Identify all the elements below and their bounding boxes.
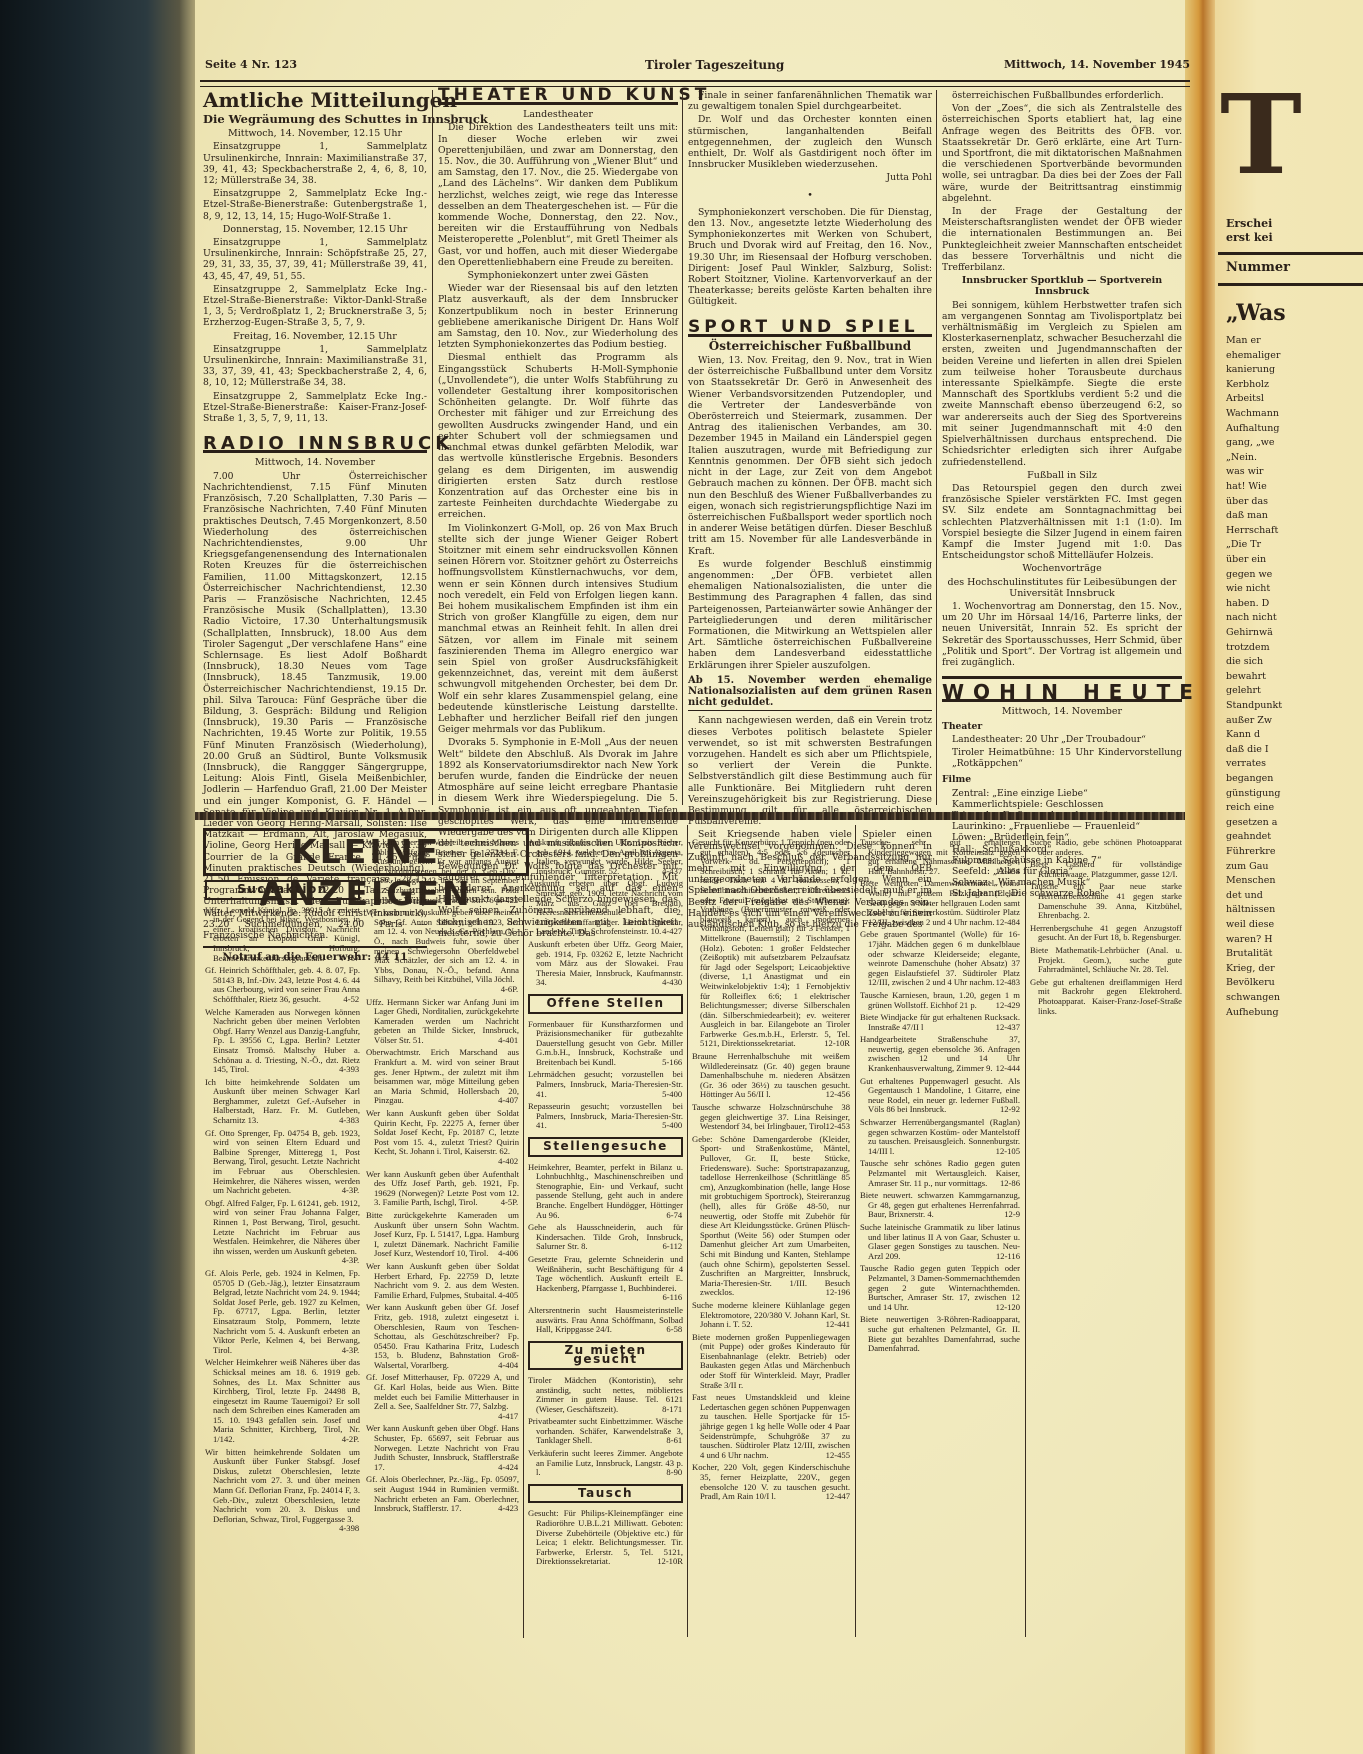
konzert-verschoben: Symphoniekonzert verschoben. Die für Die… [688, 207, 932, 308]
konzert-subhead: Symphoniekonzert unter zwei Gästen [438, 270, 678, 281]
adjacent-line: nach nicht [1226, 612, 1277, 624]
classified-ad: Biete neuwertigen 3-Röhren-Radioapparat,… [860, 1315, 1020, 1353]
ad-text: Tiroler Mädchen (Kontoristin), sehr anst… [528, 1375, 683, 1414]
ad-text: Obgf. Alfred Falger, Fp. L 61241, geb. 1… [205, 1198, 360, 1256]
ad-text: Fast neues Umstandskleid und kleine Lede… [692, 1392, 850, 1460]
ad-text: Welcher Heimkehrer weiß Näheres über das… [205, 1357, 360, 1444]
ad-code: 6-74 [674, 1211, 683, 1221]
offene-stellen-label: Offene Stellen [528, 994, 683, 1014]
ad-code: 12-456 [834, 1090, 850, 1100]
issue-date: Mittwoch, 14. November 1945 [1004, 58, 1190, 71]
adjacent-line: „Die Tr [1226, 539, 1261, 551]
classified-ad: Welche Kameraden aus Norwegen können Nac… [205, 1008, 360, 1075]
review-paragraph: Im Violinkonzert G-Moll, op. 26 von Max … [438, 523, 678, 736]
ad-code: 12-453 [834, 1122, 850, 1132]
classified-ad: Fast neues Umstandskleid und kleine Lede… [692, 1393, 850, 1460]
ad-text: Welche Kameraden aus Norwegen können Nac… [205, 1007, 360, 1075]
ad-text: Altersrentnerin sucht Hausmeisterinstell… [528, 1305, 683, 1334]
ad-text: Herrenbergschuhe 41 gegen Anzugstoff ges… [1030, 923, 1182, 943]
schedule-group: Einsatzgruppe 1, Sammelplatz Ursulinenki… [203, 344, 427, 389]
ad-text: Uffz. Leopold Künigl, Fp. 39915 A, zulet… [205, 905, 360, 963]
review-paragraph: Dr. Wolf und das Orchester konnten einen… [688, 114, 932, 170]
classified-ad: Biete modernen großen Puppenliegewagen (… [692, 1333, 850, 1391]
ad-text: Gut erhaltenes Puppenwagerl gesucht. Als… [860, 1076, 1020, 1115]
adjacent-line: hat! Wie [1226, 481, 1267, 493]
adjacent-line: gesetzen a [1226, 817, 1277, 829]
ad-text: Biete modernen großen Puppenliegewagen (… [692, 1332, 850, 1390]
adjacent-line: gegen we [1226, 569, 1272, 581]
classified-ad: Wer kann Auskunft geben über Aufenthalt … [366, 1170, 519, 1208]
ad-code: 12-447 [834, 1492, 850, 1502]
silz-subhead: Fußball in Silz [942, 470, 1182, 481]
classified-ad: Privatbeamter sucht Einbettzimmer. Wäsch… [528, 1417, 683, 1446]
stellengesuche-label: Stellengesuche [528, 1137, 683, 1157]
adjacent-headline: „Was [1226, 300, 1286, 326]
ad-code: 4-52 [351, 995, 360, 1005]
adjacent-line: Arbeitsl [1226, 393, 1264, 405]
classified-ad: Tausche Radio gegen guten Teppich oder P… [860, 1264, 1020, 1312]
schedule-day: Donnerstag, 15. November, 12.15 Uhr [203, 224, 427, 235]
ad-code: 5-400 [670, 1090, 683, 1100]
classified-ad: Formenbauer für Kunstharzformen und Präz… [528, 1020, 683, 1068]
isk-subhead: Innsbrucker Sportklub — Sportverein Inns… [942, 275, 1182, 297]
ad-code: 4-404 [506, 1361, 519, 1371]
ad-text: Gebe: Schöne Damengarderobe (Kleider, Sp… [692, 1134, 850, 1298]
classified-ad: Biete weinroten Damenwintermantel (reine… [860, 879, 1020, 927]
adjacent-rule [1218, 283, 1363, 286]
review-paragraph: Finale in seiner fanfarenähnlichen Thema… [688, 90, 932, 112]
amtliche-title: Amtliche Mitteilungen [203, 88, 427, 112]
ad-code: 4-2P. [350, 1435, 360, 1445]
ad-code: 5-400 [670, 1121, 683, 1131]
ad-text: Tausche schwarze Holzschnürschuhe 38 geg… [692, 1102, 850, 1131]
adjacent-line: über das [1226, 496, 1268, 508]
ad-text: Gesucht für Konzerbüro: 1 Teppich (neu o… [692, 837, 850, 1048]
adjacent-line: über ein [1226, 554, 1266, 566]
ad-code: 12-105 [1004, 1147, 1020, 1157]
separator-dot: • [688, 190, 932, 201]
sport-bold-line: Ab 15. November werden ehemalige Nationa… [688, 675, 932, 712]
sport-headline: Österreichischer Fußballbund [688, 341, 932, 352]
classified-ad: Wer kann Auskunft geben über Soldat Herb… [366, 1262, 519, 1300]
adjacent-page-masthead-letter: T [1220, 70, 1302, 199]
classified-ad: Kocher, 220 Volt, gegen Kinderschischuhe… [692, 1463, 850, 1501]
column-divider [855, 825, 856, 1637]
ad-text: Auskunft erbeten über Uffz. Georg Maier,… [528, 939, 683, 987]
ad-text: Lehrmädchen gesucht; vorzustellen bei Pa… [528, 1069, 683, 1098]
classified-ad: Gf. Alois Oberlechner, Pz.-Jäg., Fp. 050… [366, 1475, 519, 1513]
ad-text: Heimkehrer, Beamter, perfekt in Bilanz u… [528, 1162, 683, 1220]
wohin-theater-label: Theater [942, 721, 1182, 732]
ad-code: 12-10R [832, 1039, 850, 1049]
sport-right-section: österreichischen Fußballbundes erforderl… [942, 90, 1182, 900]
classified-ad: Tausche ein Paar neue starke Herrenarbei… [1030, 882, 1182, 920]
ad-code: 6-116 [670, 1293, 683, 1303]
adjacent-line: gelehrt [1226, 685, 1261, 697]
ad-code: 4-3P. [350, 1346, 360, 1356]
classified-ad: Wer kann Auskunft geben über Obgf. Hans … [366, 1424, 519, 1472]
article-paragraph: Von der „Zoes“, die sich als Zentralstel… [942, 103, 1182, 204]
silz-text: Das Retourspiel gegen den durch zwei fra… [942, 483, 1182, 561]
classified-ad: Gebe gut erhaltenen dreiflammigen Herd m… [1030, 978, 1182, 1016]
classified-ad: Biete Windjacke für gut erhaltenen Rucks… [860, 1013, 1020, 1032]
landestheater-text: Die Direktion des Landestheaters teilt u… [438, 122, 678, 268]
wohin-film-item: Kammerlichtspiele: Geschlossen [942, 799, 1182, 810]
sport-title: SPORT UND SPIEL [688, 322, 932, 337]
classified-ad: Gf. Alois Perle, geb. 1924 in Kelmen, Fp… [205, 1269, 360, 1355]
ad-text: Ich bitte heimkehrende Soldaten um Ausku… [205, 1077, 360, 1125]
classified-ad: Biete neuwert. schwarzen Kammgarnanzug, … [860, 1191, 1020, 1220]
article-paragraph: österreichischen Fußballbundes erforderl… [942, 90, 1182, 101]
ad-text: Gf. Alois Oberlechner, Pz.-Jäg., Fp. 050… [366, 1474, 519, 1513]
ad-code: 12-441 [834, 1320, 850, 1330]
ad-code: 6-112 [670, 1242, 683, 1252]
ad-text: Wer kann Auskunft geben über Soldat Quir… [366, 1108, 519, 1156]
classified-ad: Gesucht: Für Philips-Kleinempfänger eine… [528, 1509, 683, 1567]
ad-text: Wer kann Auskunft geben über Gf. Josef F… [366, 1302, 519, 1370]
ads-column-3: Auskunft erbeten über Uffz. Luis Seeber,… [528, 838, 683, 1570]
adjacent-line: geahndet [1226, 831, 1271, 843]
ad-code: 12-437 [1004, 1023, 1020, 1033]
ad-text: Gf. Josef Mitterhauser, Fp. 07229 A, und… [366, 1372, 519, 1411]
classified-ad: Auskunft erbeten über Uffz. Georg Maier,… [528, 940, 683, 988]
page-fold-shadow [1185, 0, 1215, 1754]
classified-ad: Tausche sehr gut erhaltenen Kinderliegew… [860, 838, 1020, 876]
ad-code: 4-6P. [509, 985, 519, 995]
ad-code: 4-422 [506, 896, 519, 906]
adjacent-line: waren? H [1226, 934, 1272, 946]
adjacent-line: reich eine [1226, 802, 1274, 814]
ad-code: 4-167 [347, 954, 360, 964]
adjacent-line: haben. D [1226, 598, 1269, 610]
wohin-film-item: Zentral: „Eine einzige Liebe“ [942, 788, 1182, 799]
column-divider [682, 90, 683, 805]
column-divider [936, 90, 937, 805]
classified-ad: Welcher Heimkehrer weiß Näheres über das… [205, 1358, 360, 1444]
ad-text: Gf. Alois Perle, geb. 1924 in Kelmen, Fp… [205, 1268, 360, 1355]
ad-text: Tausche ein Paar neue starke Herrenarbei… [1030, 881, 1182, 920]
ad-text: Suche Radio, gebe schönen Photoapparat o… [1030, 838, 1182, 857]
classified-ad: Tausche Karniesen, braun, 1.20, gegen 1 … [860, 991, 1020, 1010]
adjacent-line: kanierung [1226, 364, 1275, 376]
ad-code: 4-407 [506, 1096, 519, 1106]
ad-code: 4-430 [670, 978, 683, 988]
adjacent-line: was wir [1226, 466, 1263, 478]
classified-ad: Gehe als Hausschneiderin, auch für Kinde… [528, 1223, 683, 1252]
classified-ad: Suche Radio, gebe schönen Photoapparat o… [1030, 838, 1182, 857]
page-number: Seite 4 Nr. 123 [205, 58, 297, 71]
ad-code: 12-483 [1004, 978, 1020, 988]
adjacent-line: schwangen [1226, 992, 1280, 1004]
article-paragraph: Es wurde folgender Beschluß einstimmig a… [688, 559, 932, 671]
classified-ad: Heimkehrer, Beamter, perfekt in Bilanz u… [528, 1163, 683, 1221]
ad-code: 4-406 [506, 1249, 519, 1259]
classified-ad: Wir bitten heimkehrende Soldaten um Ausk… [205, 1448, 360, 1534]
classified-ad: Tausche schwarze Holzschnürschuhe 38 geg… [692, 1103, 850, 1132]
amtliche-schedule: Mittwoch, 14. November, 12.15 UhrEinsatz… [203, 128, 427, 424]
adjacent-line: bewahrt [1226, 671, 1266, 683]
ad-code: 8-171 [670, 1405, 683, 1415]
binding-shadow [150, 0, 195, 1754]
schedule-group: Einsatzgruppe 2, Sammelplatz Ecke Ing.-E… [203, 284, 427, 329]
ad-code: 12-196 [834, 1288, 850, 1298]
adjacent-line: det und [1226, 890, 1263, 902]
ad-code: 12-120 [1004, 1303, 1020, 1313]
adjacent-line: „Nein. [1226, 452, 1257, 464]
adjacent-fragment: Erschei [1226, 218, 1272, 230]
schedule-group: Einsatzgruppe 1, Sammelplatz Ursulinenki… [203, 237, 427, 282]
classified-ad: Biete Mathematik-Lehrbücher (Anal. u. Pr… [1030, 946, 1182, 975]
ad-code: 12-455 [834, 1451, 850, 1461]
classified-ad: Gut erhaltenes Puppenwagerl gesucht. Als… [860, 1077, 1020, 1115]
wohin-date: Mittwoch, 14. November [942, 706, 1182, 717]
wochen-subhead: Wochenvorträge [942, 563, 1182, 574]
review-author: Jutta Pohl [688, 172, 932, 183]
ad-text: Privatbeamter sucht Einbettzimmer. Wäsch… [528, 1416, 683, 1445]
ad-code: 12-444 [1004, 1064, 1020, 1074]
ad-text: Biete neuwert. schwarzen Kammgarnanzug, … [860, 1190, 1020, 1219]
adjacent-line: daß man [1226, 510, 1268, 522]
adjacent-fragment: erst kei [1226, 232, 1273, 244]
suchaktion-list: Uffz. Leopold Künigl, Fp. 39915 A, zulet… [205, 906, 360, 1534]
adjacent-line: wie nicht [1226, 583, 1270, 595]
adjacent-line: begangen [1226, 773, 1273, 785]
article-paragraph: Wien, 13. Nov. Freitag, den 9. Nov., tra… [688, 355, 932, 557]
ad-text: Gebe gut erhaltenen dreiflammigen Herd m… [1030, 977, 1182, 1016]
ad-code: 4-424 [506, 1463, 519, 1473]
ad-code: 4-398 [347, 1524, 360, 1534]
ads-column-2: Wer kann über den Verbleib meines Mannes… [366, 838, 519, 1517]
ad-text: Gesetzte Frau, gelernte Schneiderin und … [528, 1254, 683, 1293]
schedule-group: Einsatzgruppe 2, Sammelplatz Ecke Ing.-E… [203, 391, 427, 425]
schedule-day: Mittwoch, 14. November, 12.15 Uhr [203, 128, 427, 139]
classified-ad: Gebe grauen Sportmantel (Wolle) für 16-1… [860, 930, 1020, 988]
ad-code: 8-61 [674, 1436, 683, 1446]
ad-code: 12-454 [1004, 867, 1020, 877]
adjacent-line: Brutalität [1226, 948, 1273, 960]
sport-section: Finale in seiner fanfarenähnlichen Thema… [688, 90, 932, 932]
review-paragraph: Diesmal enthielt das Programm als Eingan… [438, 352, 678, 520]
column-divider [1025, 825, 1026, 1637]
article-paragraph: In der Frage der Gestaltung der Meisters… [942, 206, 1182, 273]
ad-code: 8-90 [674, 1468, 683, 1478]
classified-ad: Altersrentnerin sucht Hausmeisterinstell… [528, 1306, 683, 1335]
ad-text: Wer kann über den Verbleib meines Mannes… [366, 837, 519, 905]
ads-column-6: Suche Radio, gebe schönen Photoapparat o… [1030, 838, 1182, 1019]
auskunft-list: Auskunft erbeten über Uffz. Luis Seeber,… [528, 838, 683, 988]
ad-code: 12-116 [1004, 1252, 1020, 1262]
classified-ad: Tiroler Mädchen (Kontoristin), sehr anst… [528, 1376, 683, 1414]
classified-ad: Auskunft erbeten über Uffz. Luis Seeber,… [528, 838, 683, 876]
adjacent-line: Standpunkt [1226, 700, 1282, 712]
classified-ad: Lehrmädchen gesucht; vorzustellen bei Pa… [528, 1070, 683, 1099]
ad-text: Repasseurin gesucht; vorzustellen bei Pa… [528, 1101, 683, 1130]
adjacent-line: Gehirnwä [1226, 627, 1273, 639]
ad-code: 4-427 [670, 927, 683, 937]
ad-code: 12-429 [1004, 1001, 1020, 1011]
classified-ad: Bitte zurückgekehrte Kameraden um Auskun… [366, 1211, 519, 1259]
ad-text: Gehe als Hausschneiderin, auch für Kinde… [528, 1222, 683, 1251]
wohin-theater-item: Tiroler Heimatbühne: 15 Uhr Kindervorste… [942, 747, 1182, 769]
classified-ad: Wer kann mir Auskunft geben über meinen … [366, 908, 519, 994]
adjacent-line: Aufhaltung [1226, 423, 1279, 435]
adjacent-fragment: Nummer [1226, 262, 1290, 274]
ad-code: 12-484 [1004, 918, 1020, 928]
classified-ad: Oberwachtmstr. Erich Marschand aus Frank… [366, 1048, 519, 1106]
ad-text: Tausche sehr schönes Radio gegen guten P… [860, 1158, 1020, 1187]
classified-ad: Braune Herrenhalbschuhe mit weißem Wildl… [692, 1052, 850, 1100]
classified-ad: Ich bitte heimkehrende Soldaten um Ausku… [205, 1078, 360, 1126]
ad-code: 12-9 [1012, 1210, 1020, 1220]
ad-text: Wer kann Auskunft geben über Soldat Herb… [366, 1261, 519, 1300]
adjacent-line: trotzdem [1226, 642, 1270, 654]
zoes-article: österreichischen Fußballbundes erforderl… [942, 90, 1182, 273]
amtliche-headline: Die Wegräumung des Schuttes in Innsbruck [203, 114, 427, 125]
ad-code: 12-92 [1008, 1105, 1020, 1115]
classified-ad: Tausche sehr schönes Radio gegen guten P… [860, 1159, 1020, 1188]
newspaper-name: Tiroler Tageszeitung [645, 58, 784, 72]
adjacent-line: Kann d [1226, 729, 1260, 741]
classified-ad: Verkäuferin sucht leeres Zimmer. Angebot… [528, 1449, 683, 1478]
ad-code: 5-166 [670, 1058, 683, 1068]
adjacent-rule [1218, 252, 1363, 255]
offene-stellen-list: Formenbauer für Kunstharzformen und Präz… [528, 1020, 683, 1132]
ads-column-1: Suchaktion Uffz. Leopold Künigl, Fp. 399… [205, 880, 360, 1537]
ads-column-4: Gesucht für Konzerbüro: 1 Teppich (neu o… [692, 838, 850, 1505]
adjacent-page: T Erschei erst kei Nummer „Was Man erehe… [1212, 0, 1363, 1754]
ad-code: 4-417 [506, 1412, 519, 1422]
ad-text: Wer kann mir Auskunft geben über meinen … [366, 907, 519, 984]
classified-ad: Gf. Otto Sprenger, Fp. 04754 B, geb. 192… [205, 1129, 360, 1196]
classified-ad: Wer kann über den Verbleib meines Mannes… [366, 838, 519, 905]
classified-ad: Suche moderne kleinere Kühlanlage gegen … [692, 1301, 850, 1330]
ad-code: 4-5P. [509, 1198, 519, 1208]
classified-ad: Auskunft erbeten über Obgf. Ludwig Smrek… [528, 879, 683, 937]
radio-date: Mittwoch, 14. November [203, 457, 427, 468]
column-divider [523, 878, 524, 1638]
adjacent-line: Menschen [1226, 875, 1276, 887]
ad-code: 4-383 [347, 1116, 360, 1126]
radio-title: RADIO INNSBRUCK [203, 438, 427, 453]
theater-title: THEATER UND KUNST [438, 90, 678, 105]
wohin-theater-item: Landestheater: 20 Uhr „Der Troubadour“ [942, 734, 1182, 745]
adjacent-line: hältnissen [1226, 904, 1275, 916]
ad-code: 4-3P. [350, 1186, 360, 1196]
isk-text: Bei sonnigem, kühlem Herbstwetter trafen… [942, 300, 1182, 468]
classified-ad: Wer kann Auskunft geben über Soldat Quir… [366, 1109, 519, 1167]
ad-text: Auskunft erbeten über Uffz. Luis Seeber,… [528, 837, 683, 876]
suchaktion-label: Suchaktion [205, 880, 360, 900]
ad-text: Gf. Heinrich Schöffthaler, geb. 4. 8. 07… [205, 965, 360, 1004]
classified-ad: Gf. Josef Mitterhauser, Fp. 07229 A, und… [366, 1373, 519, 1421]
review-paragraph: Wieder war der Riesensaal bis auf den le… [438, 283, 678, 350]
schedule-group: Einsatzgruppe 2, Sammelplatz Ecke Ing.-E… [203, 188, 427, 222]
zu-mieten-list: Tiroler Mädchen (Kontoristin), sehr anst… [528, 1376, 683, 1478]
wohin-rule [942, 676, 1182, 679]
classified-ad: Gf. Heinrich Schöffthaler, geb. 4. 8. 07… [205, 966, 360, 1004]
classified-ad: Herrenbergschuhe 41 gegen Anzugstoff ges… [1030, 924, 1182, 943]
ad-code: 4-401 [506, 1036, 519, 1046]
classified-ad: Obgf. Alfred Falger, Fp. L 61241, geb. 1… [205, 1199, 360, 1266]
adjacent-line: ehemaliger [1226, 350, 1280, 362]
ad-text: Uffz. Hermann Sicker war Anfang Juni im … [366, 997, 519, 1045]
classified-ad: Uffz. Leopold Künigl, Fp. 39915 A, zulet… [205, 906, 360, 964]
classified-ad: Handgearbeitete Straßenschuhe 37, neuwer… [860, 1035, 1020, 1073]
ad-text: Biete Mathematik-Lehrbücher (Anal. u. Pr… [1030, 945, 1182, 974]
ad-code: 4-423 [506, 1504, 519, 1514]
ad-text: Biete Gasherd für vollständige Küchenwaa… [1030, 859, 1182, 879]
adjacent-line: daß die I [1226, 744, 1269, 756]
classified-ad: Gesucht für Konzerbüro: 1 Teppich (neu o… [692, 838, 850, 1049]
classified-ad: Biete Gasherd für vollständige Küchenwaa… [1030, 860, 1182, 879]
adjacent-line: Wachmann [1226, 408, 1279, 420]
ad-code: 4-393 [347, 1065, 360, 1075]
classified-ad: Suche lateinische Grammatik zu liber lat… [860, 1223, 1020, 1261]
ad-text: Wer kann Auskunft geben über Aufenthalt … [366, 1169, 519, 1208]
adjacent-line: Man er [1226, 335, 1261, 347]
classified-ad: Uffz. Hermann Sicker war Anfang Juni im … [366, 998, 519, 1046]
column-divider [432, 90, 433, 805]
ads-column-5: Tausche sehr gut erhaltenen Kinderliegew… [860, 838, 1020, 1357]
adjacent-line: außer Zw [1226, 715, 1272, 727]
zu-mieten-label: Zu mieten gesucht [528, 1341, 683, 1370]
column-divider [687, 825, 688, 1637]
wochen-subhead-2: des Hochschulinstitutes für Leibesübunge… [942, 577, 1182, 599]
ad-text: Bitte zurückgekehrte Kameraden um Auskun… [366, 1210, 519, 1258]
adjacent-line: verrates [1226, 758, 1266, 770]
ad-text: Oberwachtmstr. Erich Marschand aus Frank… [366, 1047, 519, 1105]
ad-text: Verkäuferin sucht leeres Zimmer. Angebot… [528, 1448, 683, 1477]
fussballbund-article: Wien, 13. Nov. Freitag, den 9. Nov., tra… [688, 355, 932, 671]
ad-code: 6-58 [674, 1325, 683, 1335]
article-paragraph: Kann nachgewiesen werden, daß ein Verein… [688, 715, 932, 827]
adjacent-line: Führerkre [1226, 846, 1275, 858]
classified-ad: Gesetzte Frau, gelernte Schneiderin und … [528, 1255, 683, 1303]
ads-separator-band [195, 812, 1185, 820]
ad-code: 4-3P. [350, 1256, 360, 1266]
wohin-film-item: Laurinkino: „Frauenliebe — Frauenleid“ [942, 821, 1182, 832]
adjacent-line: zum Gau [1226, 861, 1269, 873]
ad-code: 12-10R [665, 1557, 683, 1567]
adjacent-line: günstigung [1226, 788, 1280, 800]
adjacent-line: Bevölkeru [1226, 977, 1275, 989]
adjacent-line: die sich [1226, 656, 1263, 668]
ad-code: 12-86 [1008, 1179, 1020, 1189]
adjacent-line: Krieg, der [1226, 963, 1275, 975]
adjacent-line: gang, „we [1226, 437, 1275, 449]
adjacent-line: Kerbholz [1226, 379, 1269, 391]
konzert-review-continued: Finale in seiner fanfarenähnlichen Thema… [688, 90, 932, 170]
tausch-label: Tausch [528, 1484, 683, 1504]
wohin-theater-list: Landestheater: 20 Uhr „Der Troubadour“Ti… [942, 734, 1182, 770]
ad-code: 4-402 [506, 1157, 519, 1167]
adjacent-line: weil diese [1226, 919, 1274, 931]
ad-text: Gf. Otto Sprenger, Fp. 04754 B, geb. 192… [205, 1128, 360, 1196]
classified-ad: Wer kann Auskunft geben über Gf. Josef F… [366, 1303, 519, 1370]
classified-ad: Repasseurin gesucht; vorzustellen bei Pa… [528, 1102, 683, 1131]
wochen-text: 1. Wochenvortrag am Donnerstag, den 15. … [942, 601, 1182, 668]
schedule-group: Einsatzgruppe 1, Sammelplatz Ursulinenki… [203, 141, 427, 186]
page-header: Seite 4 Nr. 123 Tiroler Tageszeitung Mit… [205, 58, 1190, 76]
landestheater-subhead: Landestheater [438, 109, 678, 120]
ad-code: 4-437 [670, 867, 683, 877]
adjacent-line: Aufhebung [1226, 1007, 1279, 1019]
ad-text: Wir bitten heimkehrende Soldaten um Ausk… [205, 1447, 360, 1524]
ad-text: Biete neuwertigen 3-Röhren-Radioapparat,… [860, 1314, 1020, 1353]
ad-text: Auskunft erbeten über Obgf. Ludwig Smrek… [528, 878, 683, 936]
ad-code: 4-405 [506, 1291, 519, 1301]
adjacent-line: Herrschaft [1226, 525, 1278, 537]
